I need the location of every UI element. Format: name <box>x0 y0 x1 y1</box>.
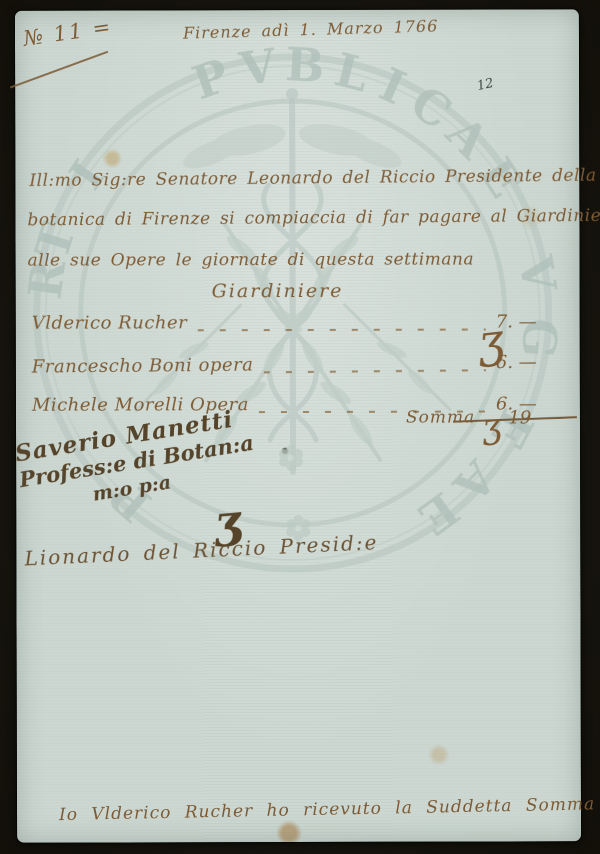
ledger-name: Francescho Boni opera <box>32 354 254 377</box>
ledger-name: Vlderico Rucher <box>32 312 188 333</box>
total-currency-symbol: ʒ <box>481 413 503 442</box>
seal-letter: L <box>330 42 374 102</box>
ledger-amount: 6. — <box>496 351 574 373</box>
scanned-document: T I P V B L I C A E V G E A E P R № 11 =… <box>0 0 600 854</box>
paper-sheet: T I P V B L I C A E V G E A E P R № 11 =… <box>15 9 581 842</box>
ledger-amount: 7. — <box>496 311 574 332</box>
total-label: Somma <box>406 408 475 428</box>
total-row: Somma ʒ 19 <box>406 407 531 435</box>
dotted-leader <box>263 369 485 373</box>
seal-letter: B <box>284 37 326 93</box>
seal-letter: V <box>508 251 567 297</box>
dotted-leader <box>197 329 485 332</box>
seal-letter: V <box>235 38 280 97</box>
total-amount: 19 <box>508 407 531 428</box>
seal-letter: P <box>186 48 236 110</box>
currency-symbol: ʒ <box>475 316 506 365</box>
body-line-3: alle sue Opere le giornate di questa set… <box>28 250 475 271</box>
section-heading: Giardiniere <box>212 280 344 302</box>
